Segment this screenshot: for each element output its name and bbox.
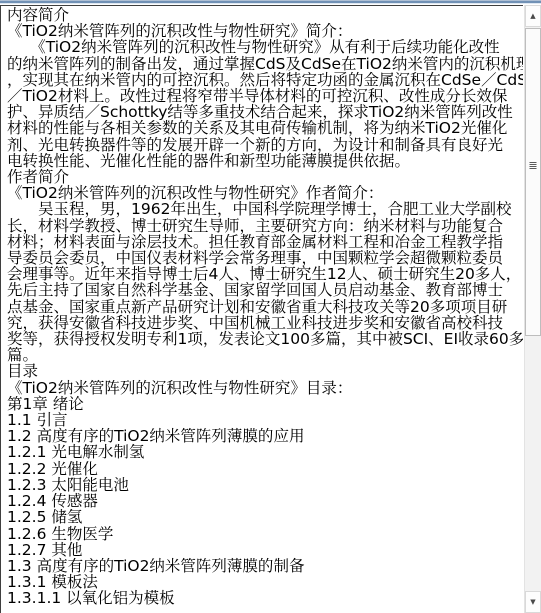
thumb-grip-icon: [530, 162, 537, 170]
scrollbar-thumb[interactable]: [525, 28, 541, 336]
arrow-down-icon: ▼: [530, 598, 535, 606]
book-description-text: 内容简介 《TiO2纳米管阵列的沉积改性与物性研究》简介： 《TiO2纳米管阵列…: [1, 6, 523, 607]
arrow-up-icon: ▲: [530, 12, 535, 20]
scroll-down-button[interactable]: ▼: [525, 591, 541, 613]
window: 内容简介 《TiO2纳米管阵列的沉积改性与物性研究》简介： 《TiO2纳米管阵列…: [0, 0, 541, 613]
scroll-up-button[interactable]: ▲: [525, 5, 541, 27]
vertical-scrollbar[interactable]: ▲ ▼: [524, 5, 541, 613]
text-area[interactable]: 内容简介 《TiO2纳米管阵列的沉积改性与物性研究》简介： 《TiO2纳米管阵列…: [0, 5, 523, 613]
